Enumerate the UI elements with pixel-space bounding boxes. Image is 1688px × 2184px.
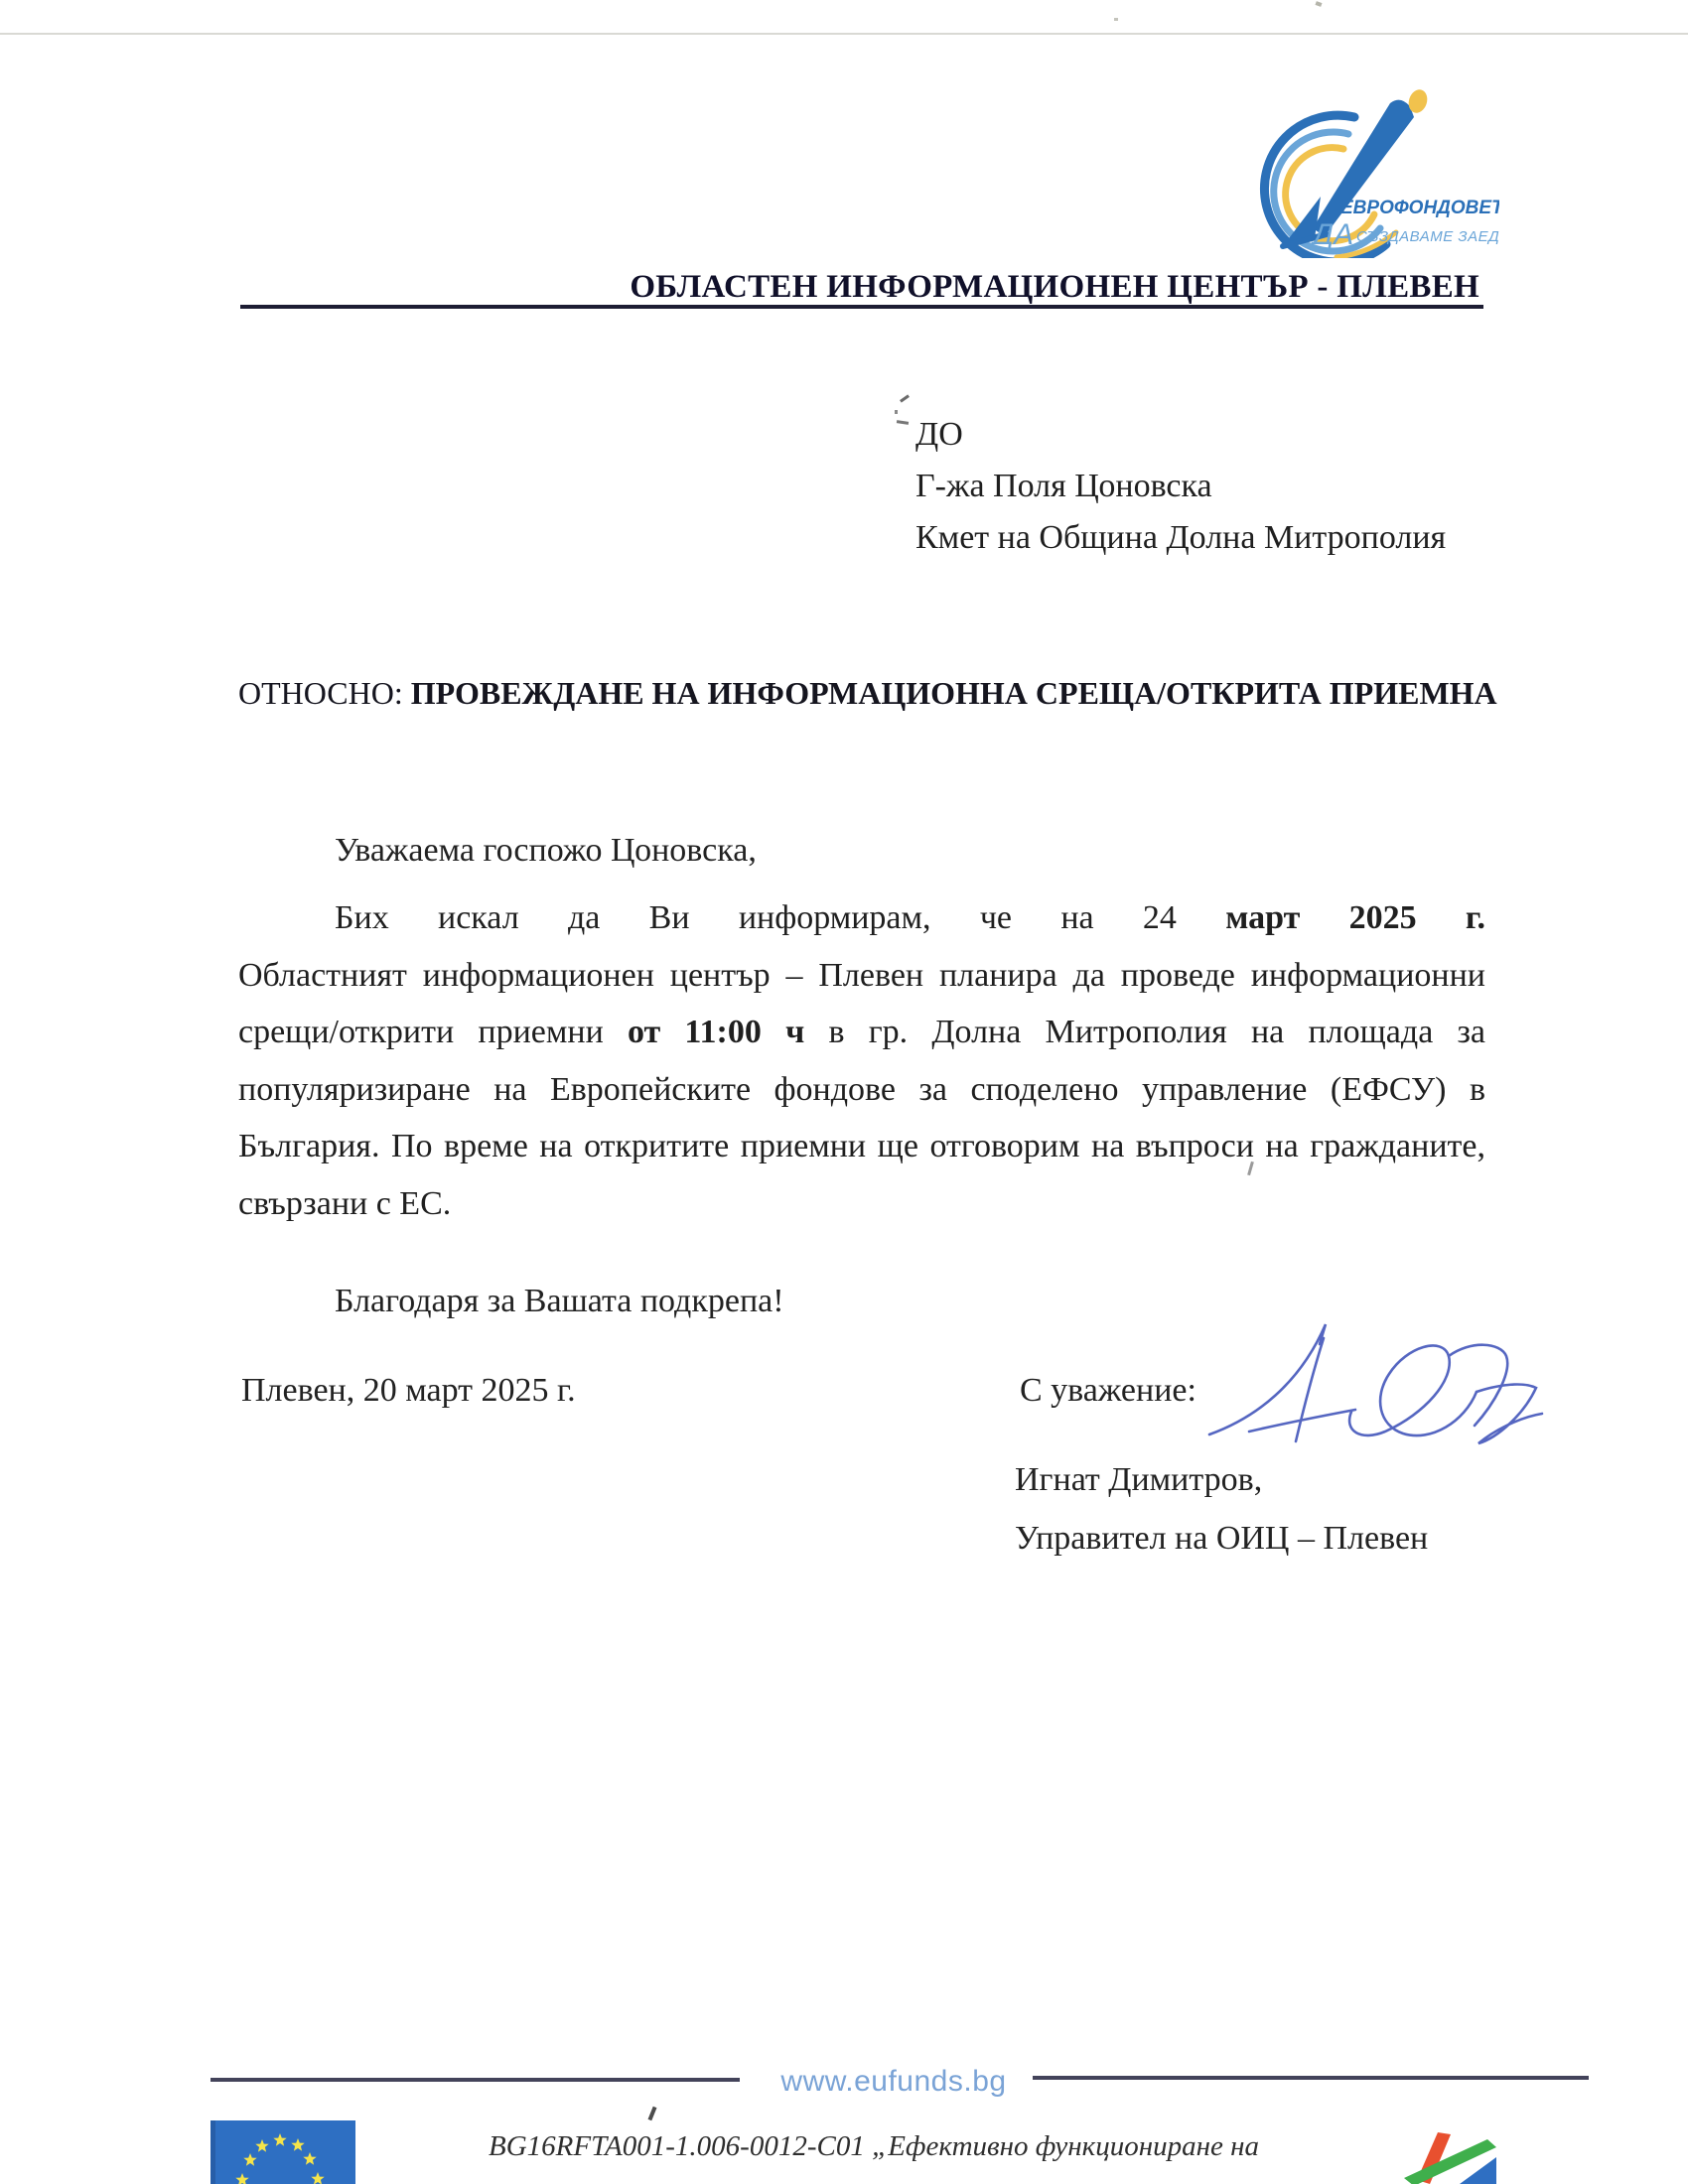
subject-label: ОТНОСНО: (238, 675, 411, 711)
footer-rule-right (1033, 2076, 1589, 2080)
body-line: Областният информационен център – Плевен… (238, 957, 1485, 1015)
recipient-name: Г-жа Поля Цоновска (915, 461, 1446, 512)
recipient-to: ДО (915, 409, 1446, 461)
eufunds-logo: ЕВРОФОНДОВЕТЕ ДА СЪЗДАВАМЕ ЗАЕДНО (1229, 87, 1499, 258)
logo-slogan: СЪЗДАВАМЕ ЗАЕДНО (1356, 228, 1499, 245)
scan-artifact (895, 410, 898, 414)
signer-title: Управител на ОИЦ – Плевен (1015, 1520, 1428, 1558)
scan-fold-line (0, 33, 1688, 35)
subject-text: ПРОВЕЖДАНЕ НА ИНФОРМАЦИОННА СРЕЩА/ОТКРИТ… (411, 675, 1497, 711)
website-link: www.eufunds.bg (765, 2065, 1023, 2099)
recipient-position: Кмет на Община Долна Митрополия (915, 512, 1446, 564)
logo-title: ЕВРОФОНДОВЕТЕ (1340, 198, 1499, 218)
scan-artifact (897, 420, 909, 425)
body-line: България. По време на откритите приемни … (238, 1128, 1485, 1185)
body-line: срещи/открити приемни от 11:00 ч в гр. Д… (238, 1014, 1485, 1071)
body-line: свързани с ЕС. (238, 1185, 1485, 1243)
letter-page: ЕВРОФОНДОВЕТЕ ДА СЪЗДАВАМЕ ЗАЕДНО ОБЛАСТ… (0, 0, 1688, 2184)
body-line: Бих искал да Ви информирам, че на 24 мар… (238, 899, 1485, 957)
eu-flag (211, 2120, 355, 2184)
project-reference-line: BG16RFTA001-1.006-0012-C01 „Ефективно фу… (248, 2130, 1499, 2163)
signature (1204, 1300, 1562, 1449)
salutation: Уважаема госпожо Цоновска, (238, 832, 1485, 870)
scan-artifact (1315, 1, 1322, 7)
subject-line: ОТНОСНО: ПРОВЕЖДАНЕ НА ИНФОРМАЦИОННА СРЕ… (238, 675, 1485, 712)
logo-da: ДА (1310, 218, 1353, 251)
place-date: Плевен, 20 март 2025 г. (241, 1372, 576, 1410)
scan-artifact (900, 394, 910, 402)
program-logo (1402, 2126, 1511, 2184)
letterhead-rule (240, 305, 1483, 309)
letterhead-title: ОБЛАСТЕН ИНФОРМАЦИОНЕН ЦЕНТЪР - ПЛЕВЕН (238, 269, 1479, 306)
signer-name: Игнат Димитров, (1015, 1461, 1262, 1499)
scan-artifact (648, 2107, 657, 2120)
recipient-block: ДО Г-жа Поля Цоновска Кмет на Община Дол… (915, 409, 1446, 564)
footer-rule-left (211, 2078, 740, 2082)
body-line: популяризиране на Европейските фондове з… (238, 1071, 1485, 1129)
body-paragraph: Бих искал да Ви информирам, че на 24 мар… (238, 899, 1485, 1242)
scan-artifact (1114, 18, 1118, 21)
regards-label: С уважение: (1020, 1372, 1196, 1410)
